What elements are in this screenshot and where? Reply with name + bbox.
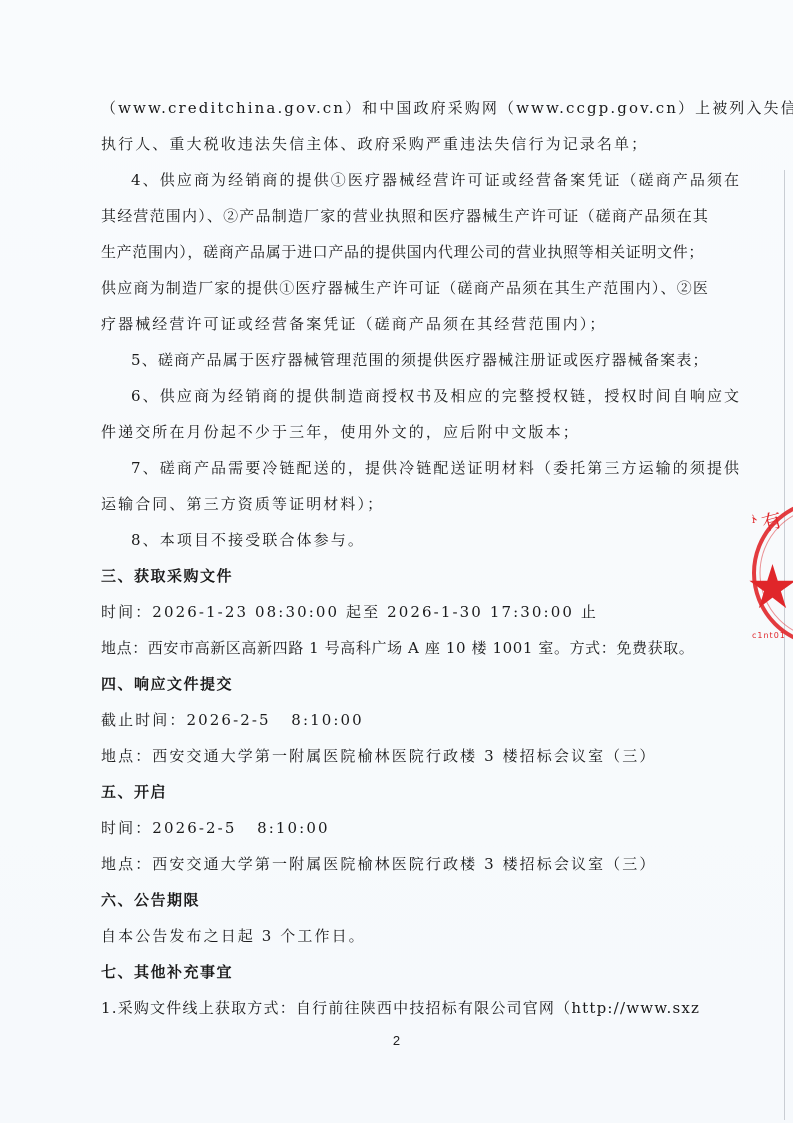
opening-time: 时间：2026-2-5 8:10:00 xyxy=(101,810,704,846)
requirement-8: 8、本项目不接受联合体参与。 xyxy=(101,522,704,558)
svg-text:c1nt01: c1nt01 xyxy=(752,631,786,640)
page-number: 2 xyxy=(0,1033,793,1048)
requirement-5: 5、磋商产品属于医疗器械管理范围的须提供医疗器械注册证或医疗器械备案表； xyxy=(101,342,704,378)
section-heading-5: 五、开启 xyxy=(101,774,704,810)
body-line: 供应商为制造厂家的提供①医疗器械生产许可证（磋商产品须在其生产范围内）、②医 xyxy=(101,270,704,306)
opening-location: 地点：西安交通大学第一附属医院榆林医院行政楼 3 楼招标会议室（三） xyxy=(101,846,704,882)
body-line: 生产范围内），磋商产品属于进口产品的提供国内代理公司的营业执照等相关证明文件； xyxy=(101,234,704,270)
body-line: 运输合同、第三方资质等证明材料）； xyxy=(101,486,704,522)
announcement-period: 自本公告发布之日起 3 个工作日。 xyxy=(101,918,704,954)
svg-text:ì: ì xyxy=(751,515,755,526)
submission-deadline: 截止时间：2026-2-5 8:10:00 xyxy=(101,702,704,738)
document-body: （www.creditchina.gov.cn）和中国政府采购网（www.ccg… xyxy=(101,90,704,1026)
section-heading-4: 四、响应文件提交 xyxy=(101,666,704,702)
official-seal-icon: ̀有 ì c1nt01 xyxy=(746,493,793,653)
requirement-4: 4、供应商为经销商的提供①医疗器械经营许可证或经营备案凭证（磋商产品须在 xyxy=(101,162,704,198)
svg-text:̀有: ̀有 xyxy=(750,507,784,538)
acquisition-location: 地点：西安市高新区高新四路 1 号高科广场 A 座 10 楼 1001 室。方式… xyxy=(101,630,704,666)
requirement-7: 7、磋商产品需要冷链配送的，提供冷链配送证明材料（委托第三方运输的须提供 xyxy=(101,450,704,486)
body-line: 疗器械经营许可证或经营备案凭证（磋商产品须在其经营范围内）； xyxy=(101,306,704,342)
body-line: 其经营范围内）、②产品制造厂家的营业执照和医疗器械生产许可证（磋商产品须在其 xyxy=(101,198,704,234)
section-heading-7: 七、其他补充事宜 xyxy=(101,954,704,990)
document-page: （www.creditchina.gov.cn）和中国政府采购网（www.ccg… xyxy=(0,0,793,1123)
supplement-item-1: 1.采购文件线上获取方式：自行前往陕西中技招标有限公司官网（http://www… xyxy=(101,990,704,1026)
requirement-6: 6、供应商为经销商的提供制造商授权书及相应的完整授权链，授权时间自响应文 xyxy=(101,378,704,414)
body-line: （www.creditchina.gov.cn）和中国政府采购网（www.ccg… xyxy=(101,90,704,126)
submission-location: 地点：西安交通大学第一附属医院榆林医院行政楼 3 楼招标会议室（三） xyxy=(101,738,704,774)
body-line: 件递交所在月份起不少于三年，使用外文的，应后附中文版本； xyxy=(101,414,704,450)
body-line: 执行人、重大税收违法失信主体、政府采购严重违法失信行为记录名单； xyxy=(101,126,704,162)
acquisition-time: 时间：2026-1-23 08:30:00 起至 2026-1-30 17:30… xyxy=(101,594,704,630)
section-heading-6: 六、公告期限 xyxy=(101,882,704,918)
section-heading-3: 三、获取采购文件 xyxy=(101,558,704,594)
